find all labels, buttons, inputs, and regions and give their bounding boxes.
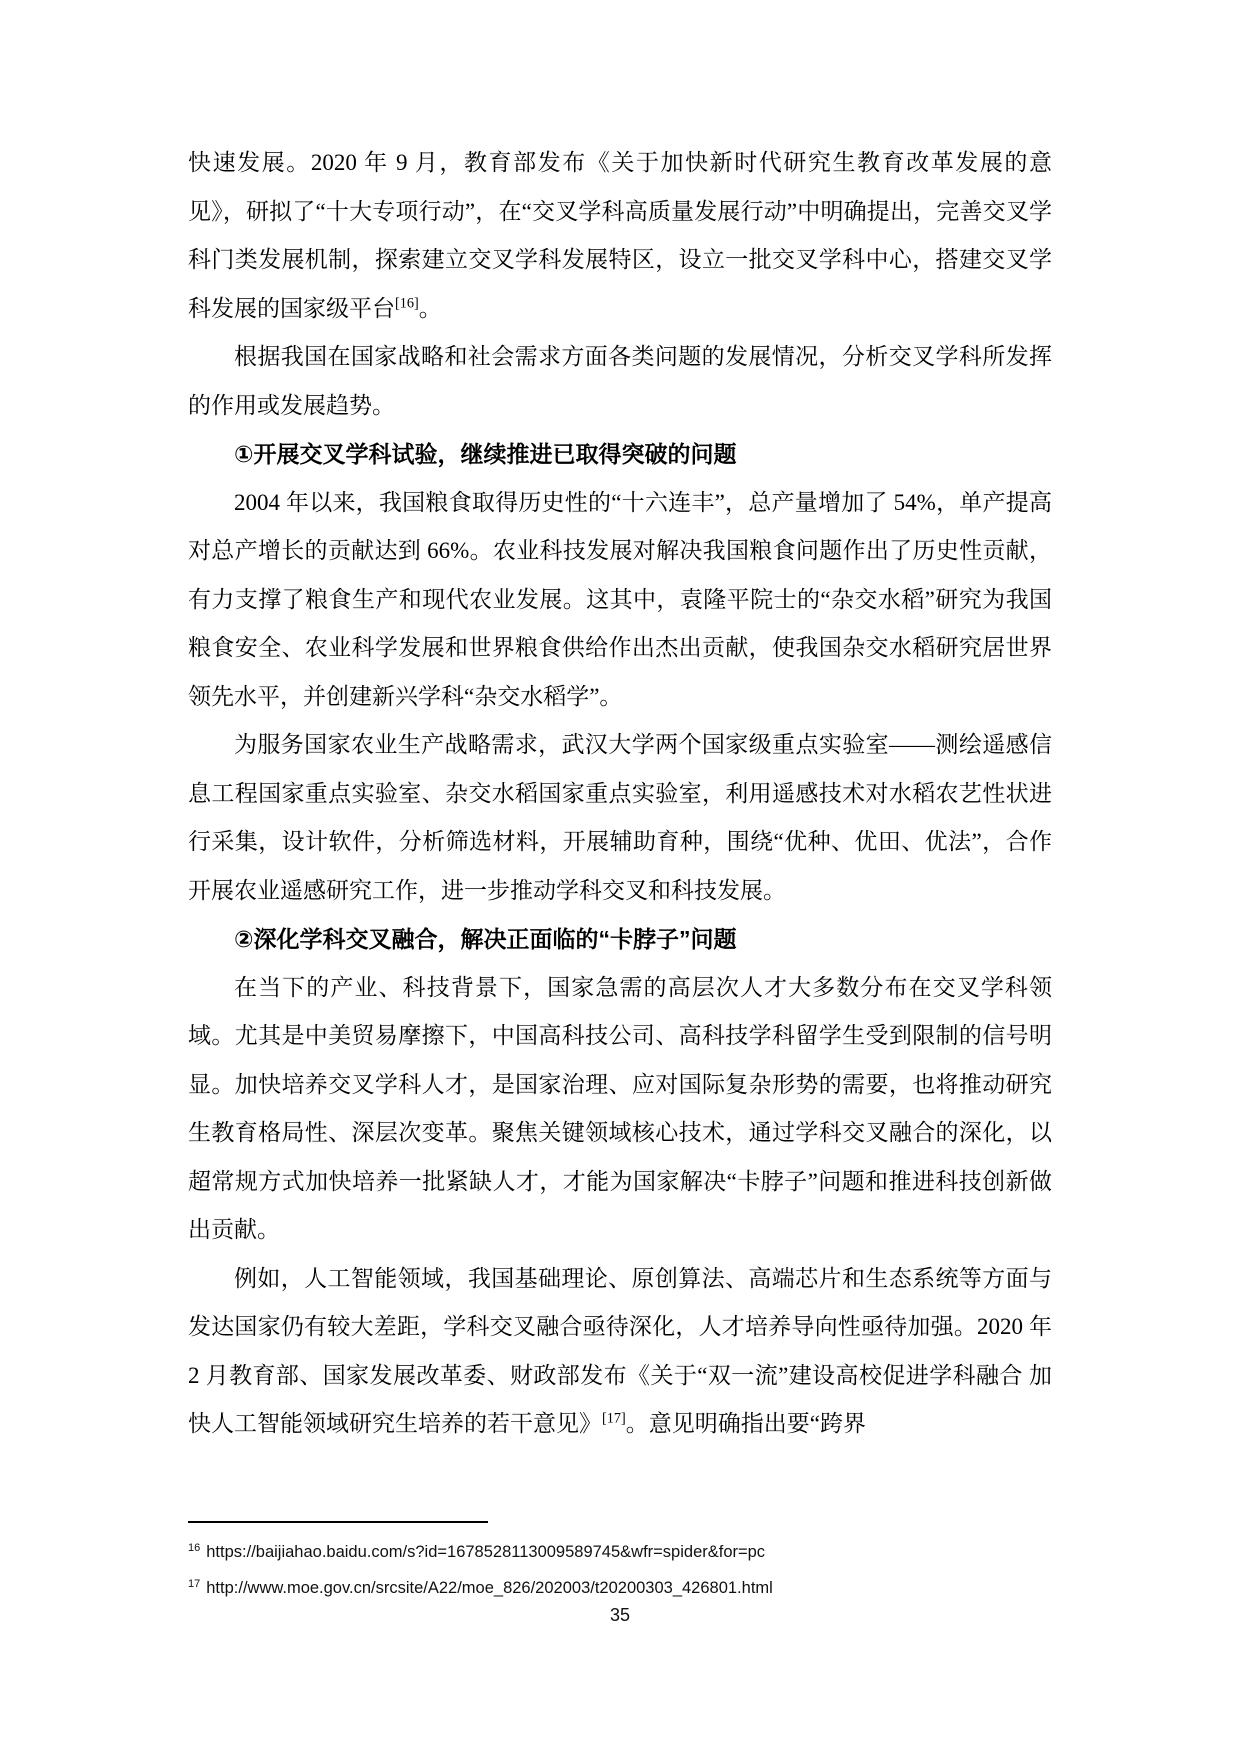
paragraph-ai-example: 例如，人工智能领域，我国基础理论、原创算法、高端芯片和生态系统等方面与发达国家仍… [188,1255,1052,1449]
footnotes-section: 16https://baijiahao.baidu.com/s?id=16785… [188,1534,1052,1606]
footnote-ref-17: [17] [602,1410,626,1426]
footnote-url: https://baijiahao.baidu.com/s?id=1678528… [206,1543,765,1561]
section-heading-1: ①开展交叉学科试验，继续推进已取得突破的问题 [188,430,1052,479]
document-body: 快速发展。2020 年 9 月，教育部发布《关于加快新时代研究生教育改革发展的意… [188,139,1052,1449]
footnote-url: http://www.moe.gov.cn/srcsite/A22/moe_82… [206,1579,773,1597]
paragraph-overview: 根据我国在国家战略和社会需求方面各类问题的发展情况，分析交叉学科所发挥的作用或发… [188,333,1052,430]
paragraph-wuhan-labs: 为服务国家农业生产战略需求，武汉大学两个国家级重点实验室——测绘遥感信息工程国家… [188,721,1052,915]
paragraph-text: 。意见明确指出要“跨界 [626,1411,866,1436]
footnote-17: 17http://www.moe.gov.cn/srcsite/A22/moe_… [188,1570,1052,1606]
paragraph-text: 。 [419,296,442,321]
footnote-ref-16: [16] [395,295,419,311]
footnote-marker: 16 [188,1542,200,1554]
paragraph-text: 快速发展。2020 年 9 月，教育部发布《关于加快新时代研究生教育改革发展的意… [188,150,1052,321]
paragraph-talent: 在当下的产业、科技背景下，国家急需的高层次人才大多数分布在交叉学科领域。尤其是中… [188,964,1052,1255]
paragraph-continuation: 快速发展。2020 年 9 月，教育部发布《关于加快新时代研究生教育改革发展的意… [188,139,1052,333]
paragraph-grain: 2004 年以来，我国粮食取得历史性的“十六连丰”，总产量增加了 54%，单产提… [188,479,1052,722]
document-page: 快速发展。2020 年 9 月，教育部发布《关于加快新时代研究生教育改革发展的意… [0,0,1240,1753]
page-number: 35 [0,1605,1240,1626]
footnote-separator [188,1521,488,1523]
footnote-marker: 17 [188,1578,200,1590]
footnote-16: 16https://baijiahao.baidu.com/s?id=16785… [188,1534,1052,1570]
section-heading-2: ②深化学科交叉融合，解决正面临的“卡脖子”问题 [188,915,1052,964]
